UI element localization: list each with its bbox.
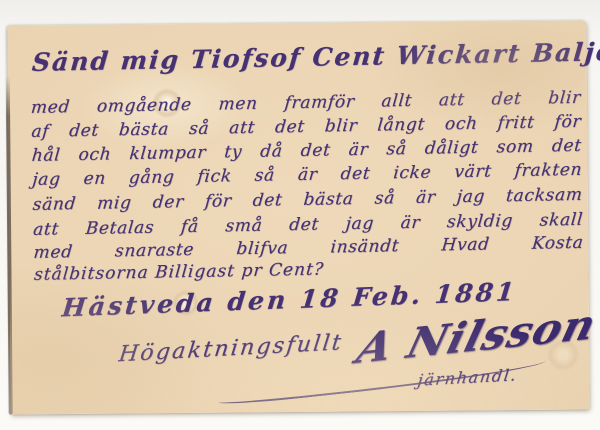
letter-line-9: stålbitsorna Billigast pr Cent? [33,260,325,285]
signature-title: järnhandl. [417,365,519,389]
handwritten-text: Sänd mig Tiofsof Cent Wickart Baljern me… [5,18,591,418]
letter-line-1: Sänd mig Tiofsof Cent Wickart Baljern [31,38,583,77]
postcard: Sänd mig Tiofsof Cent Wickart Baljern me… [7,20,589,414]
closing-salutation: Högaktningsfullt [117,330,344,367]
